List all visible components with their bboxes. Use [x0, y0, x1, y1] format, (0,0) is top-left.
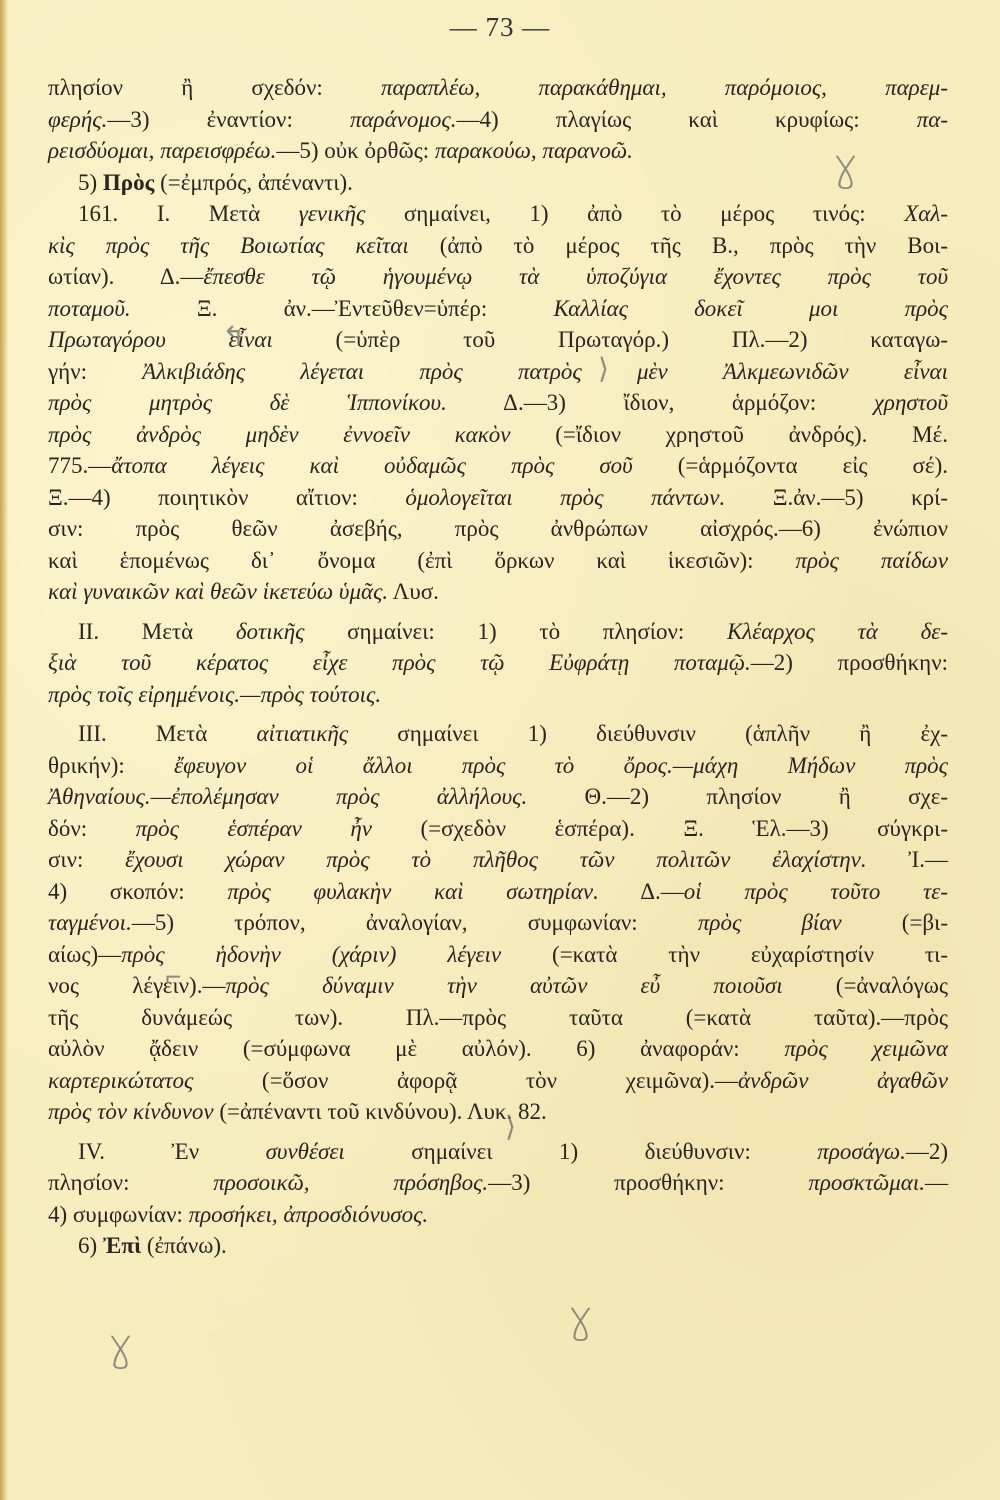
text-line: αὐλὸν ᾄδειν (=σύμφωνα μὲ αὐλόν). 6) ἀναφ…: [48, 1033, 948, 1065]
example-text: πρὸς μητρὸς δὲ Ἱππονίκου.: [48, 390, 447, 415]
text-span: ΙV. Ἐν: [78, 1139, 266, 1164]
example-text: χρηστοῦ: [874, 390, 948, 415]
example-text: πρὸς βίαν: [698, 910, 842, 935]
example-text: Ἀθηναίους.—ἐπολέμησαν πρὸς ἀλλήλους.: [48, 784, 527, 809]
text-line: φερής.—3) ἐναντίον: παράνομος.—4) πλαγίω…: [48, 104, 948, 136]
example-text: πρὸς τοῖς εἰρημένοις.—πρὸς τούτοις.: [48, 682, 381, 707]
text-line: Ξ.—4) ποιητικὸν αἴτιον: ὁμολογεῖται πρὸς…: [48, 482, 948, 514]
text-span: ωτίαν). Δ.—: [48, 264, 203, 289]
text-line: ΙV. Ἐν συνθέσει σημαίνει 1) διεύθυνσιν: …: [48, 1136, 948, 1168]
pencil-mark-line-27-icon: ⌐: [165, 960, 181, 993]
text-line: 5) Πρὸς (=ἐμπρός, ἀπέναντι).: [48, 167, 948, 199]
text-span: Θ.—2) πλησίον ἢ σχε-: [527, 784, 948, 809]
text-span: σημαίνει: 1) τὸ πλησίον:: [304, 619, 726, 644]
text-span: ΙΙ. Μετὰ: [78, 619, 236, 644]
example-text: ἔχουσι χώραν πρὸς τὸ πλῆθος τῶν πολιτῶν …: [125, 847, 866, 872]
text-span: 6): [78, 1233, 103, 1258]
example-text: ἔφευγον οἱ ἄλλοι πρὸς τὸ ὄρος.—μάχη Μήδω…: [174, 753, 948, 778]
text-span: 5): [78, 170, 103, 195]
text-line: σιν: ἔχουσι χώραν πρὸς τὸ πλῆθος τῶν πολ…: [48, 844, 948, 876]
text-span: (ἐπάνω).: [141, 1233, 227, 1258]
text-span: σιν: πρὸς θεῶν ἀσεβής, πρὸς ἀνθρώπων αἰσ…: [48, 516, 948, 541]
example-text: προσήκει, ἀπροσδιόνυσος.: [189, 1202, 429, 1227]
example-text: πρὸς τὸν κίνδυνον: [48, 1099, 214, 1124]
text-span: νος λέγειν).—: [48, 973, 225, 998]
text-span: Ξ. ἀν.—Ἐντεῦθεν=ὑπέρ:: [131, 296, 554, 321]
text-span: (=ὅσον ἀφορᾷ τὸν χειμῶνα).—: [193, 1068, 738, 1093]
text-span: —5) οὐκ ὀρθῶς:: [276, 138, 435, 163]
example-text: πρὸς χειμῶνα: [784, 1036, 948, 1061]
text-span: (=ἴδιον χρηστοῦ ἀνδρός). Μέ.: [511, 422, 948, 447]
text-line: 161. Ι. Μετὰ γενικῆς σημαίνει, 1) ἀπὸ τὸ…: [48, 198, 948, 230]
text-span: Δ.—: [599, 879, 684, 904]
page-binding-edge: [0, 0, 8, 1500]
example-text: κὶς πρὸς τῆς Βοιωτίας κεῖται: [48, 233, 409, 258]
example-text: πρὸς δύναμιν τὴν αὐτῶν εὖ ποιοῦσι: [225, 973, 782, 998]
text-span: Ἰ.—: [867, 847, 948, 872]
example-text: παρακούω, παρανοῶ.: [435, 138, 633, 163]
text-line: σιν: πρὸς θεῶν ἀσεβής, πρὸς ἀνθρώπων αἰσ…: [48, 513, 948, 545]
example-text: πρὸς παίδων: [796, 548, 949, 573]
example-text: πα-: [917, 107, 948, 132]
text-span: καὶ ἑπομένως δι᾽ ὄνομα (ἐπὶ ὅρκων καὶ ἱκ…: [48, 548, 796, 573]
example-text: γενικῆς: [299, 201, 366, 226]
text-span: —2) προσθήκην:: [751, 650, 948, 675]
example-text: Καλλίας δοκεῖ μοι πρὸς: [553, 296, 948, 321]
text-line: πρὸς μητρὸς δὲ Ἱππονίκου. Δ.—3) ἴδιον, ἁ…: [48, 387, 948, 419]
example-text: πρὸς ἑσπέραν ἦν: [136, 816, 372, 841]
text-span: —3) προσθήκην:: [488, 1170, 808, 1195]
text-span: πλησίον ἢ σχεδόν:: [48, 75, 381, 100]
text-span: Δ.—3) ἴδιον, ἁρμόζον:: [447, 390, 874, 415]
text-span: (=κατὰ τὴν εὐχαρίστησίν τι-: [501, 942, 948, 967]
text-line: Ἀθηναίους.—ἐπολέμησαν πρὸς ἀλλήλους. Θ.—…: [48, 781, 948, 813]
text-span: αὐλὸν ᾄδειν (=σύμφωνα μὲ αὐλόν). 6) ἀναφ…: [48, 1036, 784, 1061]
text-line: πρὸς τὸν κίνδυνον (=ἀπέναντι τοῦ κινδύνο…: [48, 1096, 948, 1128]
text-line: 4) σκοπόν: πρὸς φυλακὴν καὶ σωτηρίαν. Δ.…: [48, 876, 948, 908]
text-span: σημαίνει 1) διεύθυνσιν:: [345, 1139, 817, 1164]
example-text: ρεισδύομαι, παρεισφρέω.: [48, 138, 276, 163]
text-span: (ἀπὸ τὸ μέρος τῆς Β., πρὸς τὴν Βοι-: [409, 233, 948, 258]
text-span: —3) ἐναντίον:: [107, 107, 350, 132]
example-text: καρτερικώτατος: [48, 1068, 193, 1093]
example-text: ταγμένοι.: [48, 910, 132, 935]
pencil-mark-end-iv-icon: ɣ: [565, 1292, 595, 1343]
example-text: πρὸς ἀνδρὸς μηδὲν ἐννοεῖν κακὸν: [48, 422, 511, 447]
text-line: κὶς πρὸς τῆς Βοιωτίας κεῖται (ἀπὸ τὸ μέρ…: [48, 230, 948, 262]
text-line: ταγμένοι.—5) τρόπον, ἀναλογίαν, συμφωνία…: [48, 907, 948, 939]
pencil-mark-top-right-icon: ɣ: [830, 140, 860, 191]
text-span: σιν:: [48, 847, 125, 872]
text-line: 775.—ἄτοπα λέγεις καὶ οὐδαμῶς πρὸς σοῦ (…: [48, 450, 948, 482]
example-text: ποταμοῦ.: [48, 296, 131, 321]
text-line: πρὸς τοῖς εἰρημένοις.—πρὸς τούτοις.: [48, 679, 948, 711]
example-text: πρὸς φυλακὴν καὶ σωτηρίαν.: [227, 879, 599, 904]
text-span: (=ἁρμόζοντα εἰς σέ).: [633, 453, 948, 478]
text-line: πλησίον ἢ σχεδόν: παραπλέω, παρακάθημαι,…: [48, 72, 948, 104]
text-span: —5) τρόπον, ἀναλογίαν, συμφωνίαν:: [132, 910, 698, 935]
text-span: θρικήν):: [48, 753, 174, 778]
text-line: καὶ ἑπομένως δι᾽ ὄνομα (ἐπὶ ὅρκων καὶ ἱκ…: [48, 545, 948, 577]
example-text: συνθέσει: [266, 1139, 345, 1164]
text-span: Ξ.—4) ποιητικὸν αἴτιον:: [48, 485, 405, 510]
text-line: ωτίαν). Δ.—ἔπεσθε τῷ ἡγουμένῳ τὰ ὑποζύγι…: [48, 261, 948, 293]
text-line: ρεισδύομαι, παρεισφρέω.—5) οὐκ ὀρθῶς: πα…: [48, 135, 948, 167]
text-line: ποταμοῦ. Ξ. ἀν.—Ἐντεῦθεν=ὑπέρ: Καλλίας δ…: [48, 293, 948, 325]
text-span: —4) πλαγίως καὶ κρυφίως:: [457, 107, 917, 132]
text-span: γήν:: [48, 359, 142, 384]
text-span: Ξ.ἀν.—5) κρί-: [725, 485, 948, 510]
text-line: θρικήν): ἔφευγον οἱ ἄλλοι πρὸς τὸ ὄρος.—…: [48, 750, 948, 782]
text-span: (=ἀναλόγως: [783, 973, 948, 998]
text-span: (=σχεδὸν ἑσπέρα). Ξ. Ἑλ.—3) σύγκρι-: [372, 816, 948, 841]
text-line: 6) Ἐπὶ (ἐπάνω).: [48, 1230, 948, 1262]
example-text: Ἀλκιβιάδης λέγεται πρὸς πατρὸς μὲν Ἀλκμε…: [142, 359, 948, 384]
page-number: — 73 —: [0, 12, 1000, 43]
example-text: ἔπεσθε τῷ ἡγουμένῳ τὰ ὑποζύγια ἔχοντες π…: [203, 264, 948, 289]
text-span: δόν:: [48, 816, 136, 841]
text-span: 161. Ι. Μετὰ: [78, 201, 299, 226]
example-text: Κλέαρχος τὰ δε-: [727, 619, 948, 644]
text-line: πρὸς ἀνδρὸς μηδὲν ἐννοεῖν κακὸν (=ἴδιον …: [48, 419, 948, 451]
example-text: φερής.: [48, 107, 107, 132]
text-span: 4) σκοπόν:: [48, 879, 227, 904]
text-line: ξιὰ τοῦ κέρατος εἶχε πρὸς τῷ Εὐφράτῃ ποτ…: [48, 647, 948, 679]
text-line: 4) συμφωνίαν: προσήκει, ἀπροσδιόνυσος.: [48, 1199, 948, 1231]
example-text: αἰτιατικῆς: [257, 721, 349, 746]
body-text: πλησίον ἢ σχεδόν: παραπλέω, παρακάθημαι,…: [48, 72, 948, 1262]
text-line: Πρωταγόρου εἶναι (=ὑπὲρ τοῦ Πρωταγόρ.) Π…: [48, 324, 948, 356]
example-text: προσκτῶμαι.: [808, 1170, 925, 1195]
example-text: ξιὰ τοῦ κέρατος εἶχε πρὸς τῷ Εὐφράτῃ ποτ…: [48, 650, 751, 675]
text-span: (=ἀπέναντι τοῦ κινδύνου). Λυκ. 82.: [214, 1099, 547, 1124]
text-line: ΙΙΙ. Μετὰ αἰτιατικῆς σημαίνει 1) διεύθυν…: [48, 718, 948, 750]
text-line: νος λέγειν).—πρὸς δύναμιν τὴν αὐτῶν εὖ π…: [48, 970, 948, 1002]
example-text: οἱ πρὸς τοῦτο τε-: [684, 879, 948, 904]
example-text: παράνομος.: [350, 107, 457, 132]
example-text: προσάγω.: [817, 1139, 906, 1164]
text-span: πλησίον:: [48, 1170, 213, 1195]
example-text: ἀνδρῶν ἀγαθῶν: [738, 1068, 948, 1093]
pencil-mark-line-8-icon: ↰: [222, 320, 245, 353]
pencil-mark-line-31-icon: ⟩: [505, 1110, 516, 1143]
text-line: καρτερικώτατος (=ὅσον ἀφορᾷ τὸν χειμῶνα)…: [48, 1065, 948, 1097]
heading-word: Πρὸς: [103, 170, 154, 195]
text-span: ΙΙΙ. Μετὰ: [78, 721, 257, 746]
example-text: παραπλέω, παρακάθημαι, παρόμοιος, παρεμ-: [381, 75, 948, 100]
example-text: προσοικῶ, πρόσηβος.: [213, 1170, 488, 1195]
text-span: —2): [906, 1139, 948, 1164]
text-span: —: [925, 1170, 948, 1195]
text-line: δόν: πρὸς ἑσπέραν ἦν (=σχεδὸν ἑσπέρα). Ξ…: [48, 813, 948, 845]
text-line: πλησίον: προσοικῶ, πρόσηβος.—3) προσθήκη…: [48, 1167, 948, 1199]
text-span: σημαίνει, 1) ἀπὸ τὸ μέρος τινός:: [365, 201, 904, 226]
pencil-mark-line-9-icon: ⟩: [598, 352, 609, 385]
example-text: δοτικῆς: [236, 619, 305, 644]
text-span: (=ἐμπρός, ἀπέναντι).: [154, 170, 353, 195]
text-line: γήν: Ἀλκιβιάδης λέγεται πρὸς πατρὸς μὲν …: [48, 356, 948, 388]
example-text: ἄτοπα λέγεις καὶ οὐδαμῶς πρὸς σοῦ: [111, 453, 632, 478]
text-span: 4) συμφωνίαν:: [48, 1202, 189, 1227]
text-span: (=ὑπὲρ τοῦ Πρωταγόρ.) Πλ.—2) καταγω-: [273, 327, 948, 352]
text-span: Λυσ.: [388, 579, 439, 604]
heading-word: Ἐπὶ: [103, 1233, 141, 1258]
text-span: αίως)—: [48, 942, 121, 967]
text-line: τῆς δυνάμεώς των). Πλ.—πρὸς ταῦτα (=κατὰ…: [48, 1002, 948, 1034]
text-line: καὶ γυναικῶν καὶ θεῶν ἱκετεύω ὑμᾶς. Λυσ.: [48, 576, 948, 608]
example-text: Χαλ-: [904, 201, 948, 226]
example-text: καὶ γυναικῶν καὶ θεῶν ἱκετεύω ὑμᾶς.: [48, 579, 388, 604]
text-span: (=βι-: [842, 910, 948, 935]
text-line: αίως)—πρὸς ἡδονὴν (χάριν) λέγειν (=κατὰ …: [48, 939, 948, 971]
pencil-mark-epi-icon: ɣ: [105, 1320, 135, 1371]
text-line: ΙΙ. Μετὰ δοτικῆς σημαίνει: 1) τὸ πλησίον…: [48, 616, 948, 648]
example-text: ὁμολογεῖται πρὸς πάντων.: [405, 485, 725, 510]
text-span: 775.—: [48, 453, 111, 478]
text-span: τῆς δυνάμεώς των). Πλ.—πρὸς ταῦτα (=κατὰ…: [48, 1005, 948, 1030]
text-span: σημαίνει 1) διεύθυνσιν (ἁπλῆν ἢ ἐχ-: [348, 721, 948, 746]
